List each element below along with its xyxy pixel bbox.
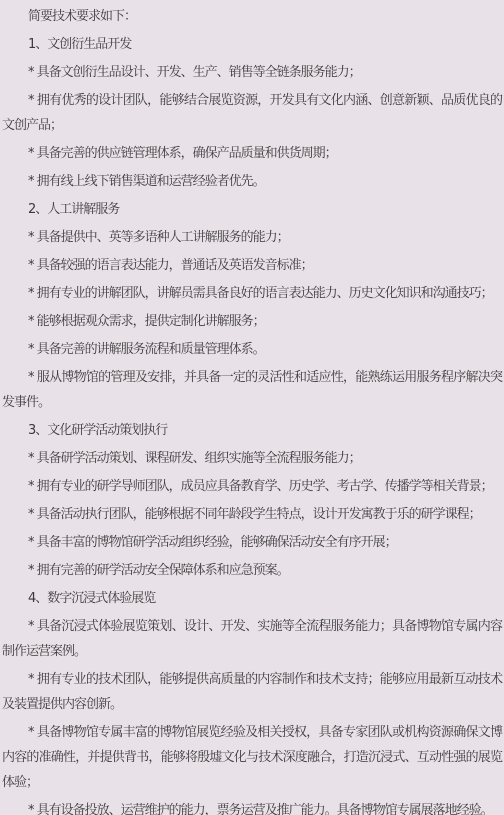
requirement-item: * 具备丰富的博物馆研学活动组织经验，能够确保活动安全有序开展； [2, 530, 502, 555]
requirement-item: * 具备较强的语言表达能力，普通话及英语发音标准； [2, 253, 502, 278]
requirement-item: * 拥有专业的研学导师团队，成员应具备教育学、历史学、考古学、传播学等相关背景； [2, 474, 502, 499]
requirement-item: * 具备提供中、英等多语种人工讲解服务的能力； [2, 225, 502, 250]
requirement-item: * 拥有专业的讲解团队，讲解员需具备良好的语言表达能力、历史文化知识和沟通技巧； [2, 281, 502, 306]
requirement-item: * 具备研学活动策划、课程研发、组织实施等全流程服务能力； [2, 446, 502, 471]
requirement-item: * 具备活动执行团队，能够根据不同年龄段学生特点，设计开发寓教于乐的研学课程； [2, 502, 502, 527]
section-heading-3: 3、文化研学活动策划执行 [2, 418, 502, 443]
section-heading-1: 1、文创衍生品开发 [2, 32, 502, 57]
requirement-item: * 拥有完善的研学活动安全保障体系和应急预案。 [2, 558, 502, 583]
requirement-item: * 具备博物馆专属丰富的博物馆展览经验及相关授权，具备专家团队或机构资源确保文博… [2, 720, 502, 795]
intro-line: 简要技术要求如下： [2, 4, 502, 29]
requirement-item: * 能够根据观众需求，提供定制化讲解服务； [2, 309, 502, 334]
requirement-item: * 拥有专业的技术团队，能够提供高质量的内容制作和技术支持；能够应用最新互动技术… [2, 667, 502, 717]
requirement-item: * 拥有线上线下销售渠道和运营经验者优先。 [2, 169, 502, 194]
requirement-item: * 具备完善的讲解服务流程和质量管理体系。 [2, 337, 502, 362]
requirement-item: * 具备文创衍生品设计、开发、生产、销售等全链条服务能力； [2, 60, 502, 85]
requirement-item: * 服从博物馆的管理及安排，并具备一定的灵活性和适应性，能熟练运用服务程序解决突… [2, 365, 502, 415]
requirement-item: * 具备完善的供应链管理体系，确保产品质量和供货周期； [2, 141, 502, 166]
requirement-item: * 具有设备投放、运营维护的能力，票务运营及推广能力。具备博物馆专属展落地经验。 [2, 798, 502, 815]
section-heading-4: 4、数字沉浸式体验展览 [2, 586, 502, 611]
section-heading-2: 2、人工讲解服务 [2, 197, 502, 222]
requirement-item: * 拥有优秀的设计团队，能够结合展览资源，开发具有文化内涵、创意新颖、品质优良的… [2, 88, 502, 138]
requirement-item: * 具备沉浸式体验展览策划、设计、开发、实施等全流程服务能力；具备博物馆专属内容… [2, 614, 502, 664]
document-page: 简要技术要求如下： 1、文创衍生品开发 * 具备文创衍生品设计、开发、生产、销售… [0, 0, 504, 815]
